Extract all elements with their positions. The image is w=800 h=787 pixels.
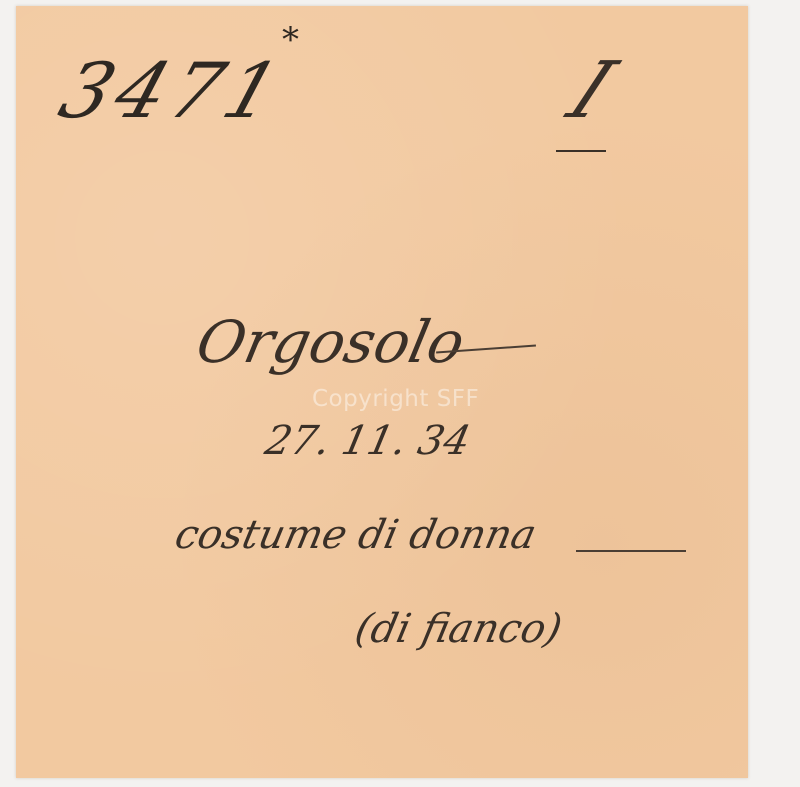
archive-card: 3471 * I Orgosolo 27. 11. 34 costume di … bbox=[16, 6, 748, 778]
volume-underline bbox=[556, 150, 606, 152]
description-underline bbox=[576, 550, 686, 552]
date: 27. 11. 34 bbox=[261, 418, 474, 464]
place-name: Orgosolo bbox=[191, 308, 471, 376]
catalog-number: 3471 bbox=[50, 46, 296, 135]
volume-number: I bbox=[555, 46, 628, 136]
note: (di fianco) bbox=[351, 606, 566, 652]
description: costume di donna bbox=[171, 512, 540, 558]
copyright-watermark: Copyright SFF bbox=[312, 386, 479, 412]
catalog-mark: * bbox=[282, 20, 299, 60]
